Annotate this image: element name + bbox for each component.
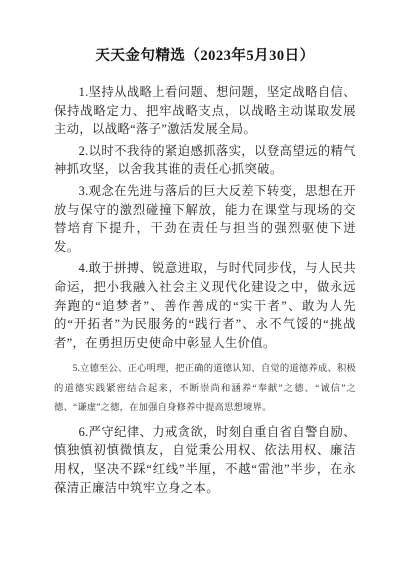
quote-paragraph-3: 3.观念在先进与落后的巨大反差下转变，思想在开放与保守的激烈碰撞下解放，能力在课…	[54, 182, 356, 256]
quote-paragraph-4: 4.敢于拼搏、锐意进取，与时代同步伐，与人民共命运，把小我融入社会主义现代化建设…	[54, 259, 356, 352]
quote-paragraph-6: 6.严守纪律、力戒贪欲，时刻自重自省自警自励、慎独慎初慎微慎友，自觉秉公用权、依…	[54, 423, 356, 497]
document-page: 天天金句精选（2023年5月30日） 1.坚持从战略上看问题、想问题，坚定战略自…	[0, 0, 410, 580]
document-title: 天天金句精选（2023年5月30日）	[54, 44, 356, 65]
quote-paragraph-5: 5.立德至公、正心明理，把正确的道德认知、自觉的道德养成、积极的道德实践紧密结合…	[54, 360, 356, 419]
quote-paragraph-1: 1.坚持从战略上看问题、想问题，坚定战略自信、保持战略定力、把牢战略支点，以战略…	[54, 83, 356, 139]
quote-paragraph-2: 2.以时不我待的紧迫感抓落实，以登高望远的精气神抓攻坚，以舍我其谁的责任心抓突破…	[54, 142, 356, 179]
